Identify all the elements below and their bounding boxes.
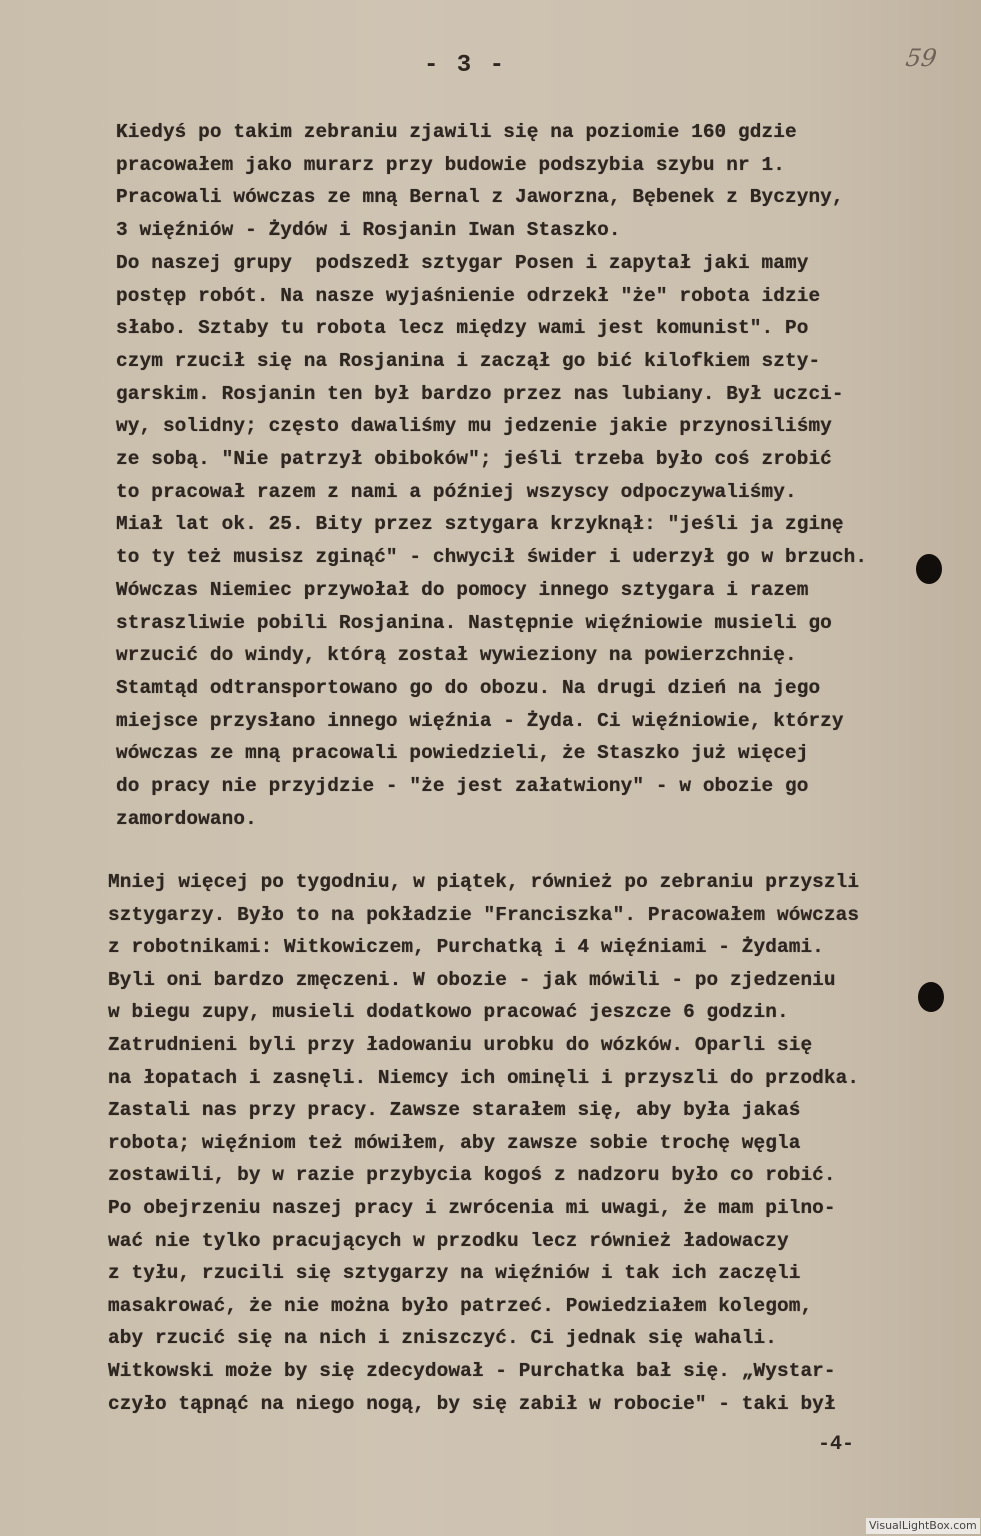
- text-line: czyło tąpnąć na niego nogą, by się zabił…: [108, 1392, 836, 1416]
- ink-blot-mark: [916, 554, 942, 584]
- text-line: wówczas ze mną pracowali powiedzieli, że…: [116, 741, 808, 765]
- text-line: słabo. Sztaby tu robota lecz między wami…: [116, 316, 808, 340]
- text-line: 3 więźniów - Żydów i Rosjanin Iwan Stasz…: [116, 218, 621, 242]
- text-line: z tyłu, rzucili się sztygarzy na więźnió…: [108, 1261, 800, 1285]
- text-line: postęp robót. Na nasze wyjaśnienie odrze…: [116, 284, 820, 308]
- text-line: garskim. Rosjanin ten był bardzo przez n…: [116, 382, 844, 406]
- text-line: Kiedyś po takim zebraniu zjawili się na …: [116, 120, 797, 144]
- text-line: Mniej więcej po tygodniu, w piątek, równ…: [108, 870, 859, 894]
- text-line: robota; więźniom też mówiłem, aby zawsze…: [108, 1131, 800, 1155]
- text-line: Stamtąd odtransportowano go do obozu. Na…: [116, 676, 820, 700]
- text-line: wrzucić do windy, którą został wywiezion…: [116, 643, 797, 667]
- text-line: na łopatach i zasnęli. Niemcy ich ominęl…: [108, 1066, 859, 1090]
- text-line: Miał lat ok. 25. Bity przez sztygara krz…: [116, 512, 844, 536]
- text-line: zostawili, by w razie przybycia kogoś z …: [108, 1163, 836, 1187]
- text-line: ze sobą. "Nie patrzył obiboków"; jeśli t…: [116, 447, 832, 471]
- text-line: Pracowali wówczas ze mną Bernal z Jaworz…: [116, 185, 844, 209]
- text-line: Po obejrzeniu naszej pracy i zwrócenia m…: [108, 1196, 836, 1220]
- text-line: zamordowano.: [116, 807, 257, 831]
- text-line: Witkowski może by się zdecydował - Purch…: [108, 1359, 836, 1383]
- ink-blot-mark: [918, 982, 944, 1012]
- text-line: wy, solidny; często dawaliśmy mu jedzeni…: [116, 414, 832, 438]
- text-line: Zatrudnieni byli przy ładowaniu urobku d…: [108, 1033, 812, 1057]
- text-line: aby rzucić się na nich i zniszczyć. Ci j…: [108, 1326, 777, 1350]
- text-line: Do naszej grupy podszedł sztygar Posen i…: [116, 251, 808, 275]
- watermark: VisualLightBox.com: [866, 1518, 980, 1534]
- text-line: to pracował razem z nami a później wszys…: [116, 480, 797, 504]
- next-page-marker: -4-: [818, 1433, 854, 1456]
- text-line: czym rzucił się na Rosjanina i zaczął go…: [116, 349, 820, 373]
- text-line: Wówczas Niemiec przywołał do pomocy inne…: [116, 578, 808, 602]
- text-line: do pracy nie przyjdzie - "że jest załatw…: [116, 774, 808, 798]
- text-line: Zastali nas przy pracy. Zawsze starałem …: [108, 1098, 800, 1122]
- text-line: w biegu zupy, musieli dodatkowo pracować…: [108, 1000, 789, 1024]
- text-line: to ty też musisz zginąć" - chwycił świde…: [116, 545, 867, 569]
- text-line: pracowałem jako murarz przy budowie pods…: [116, 153, 785, 177]
- text-line: wać nie tylko pracujących w przodku lecz…: [108, 1229, 789, 1253]
- text-line: Byli oni bardzo zmęczeni. W obozie - jak…: [108, 968, 836, 992]
- page-number: - 3 -: [424, 52, 506, 79]
- text-line: z robotnikami: Witkowiczem, Purchatką i …: [108, 935, 824, 959]
- text-line: straszliwie pobili Rosjanina. Następnie …: [116, 611, 832, 635]
- handwritten-archive-number: 59: [904, 44, 938, 72]
- text-line: masakrować, że nie można było patrzeć. P…: [108, 1294, 812, 1318]
- text-line: sztygarzy. Było to na pokładzie "Francis…: [108, 903, 859, 927]
- text-line: miejsce przysłano innego więźnia - Żyda.…: [116, 709, 844, 733]
